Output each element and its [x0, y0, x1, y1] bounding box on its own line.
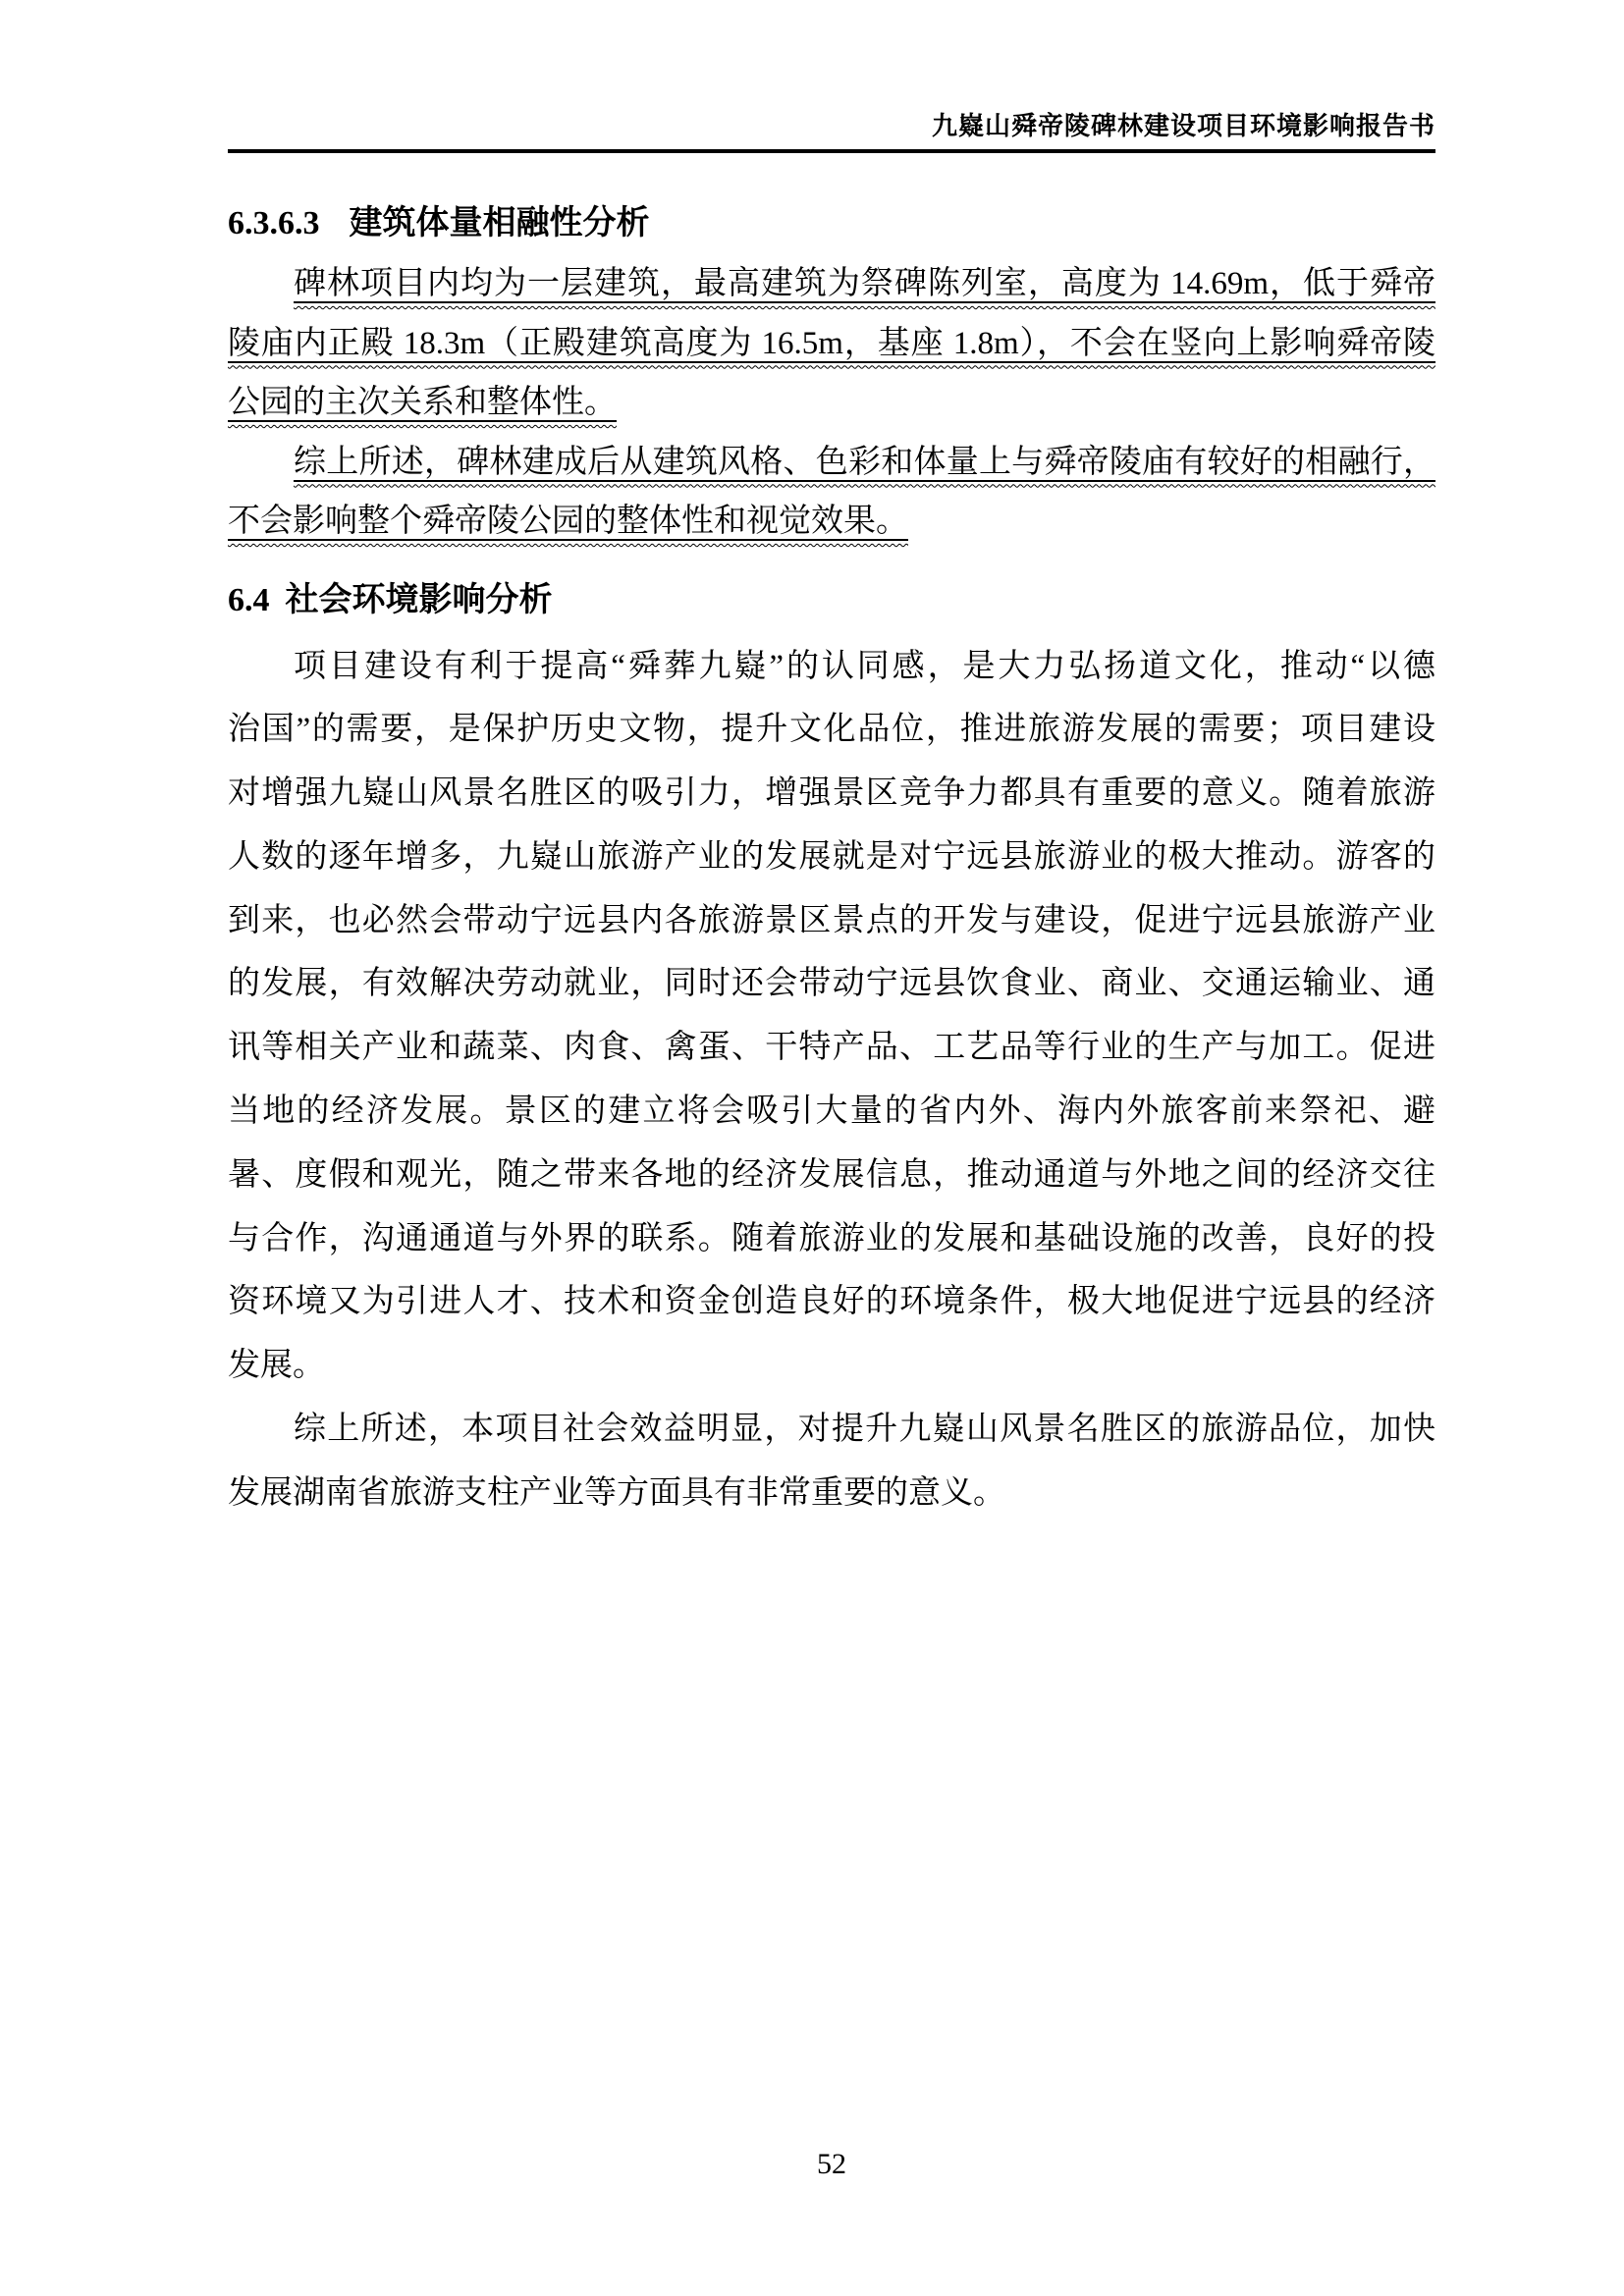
paragraph-line: 到来，也必然会带动宁远县内各旅游景区景点的开发与建设，促进宁远县旅游产业 — [228, 889, 1435, 953]
underline-wavy: 综上所述，碑林建成后从建筑风格、色彩和体量上与舜帝陵庙有较好的相融行， — [294, 445, 1435, 480]
underline-wavy: 不会影响整个舜帝陵公园的整体性和视觉效果。 — [228, 504, 908, 539]
paragraph-line: 与合作，沟通通道与外界的联系。随着旅游业的发展和基础设施的改善，良好的投 — [228, 1207, 1435, 1271]
paragraph-line: 碑林项目内均为一层建筑，最高建筑为祭碑陈列室，高度为 14.69m，低于舜帝 — [228, 254, 1435, 314]
paragraph-line: 综上所述，本项目社会效益明显，对提升九嶷山风景名胜区的旅游品位，加快 — [228, 1398, 1435, 1462]
paragraph-line: 陵庙内正殿 18.3m（正殿建筑高度为 16.5m，基座 1.8m），不会在竖向… — [228, 314, 1435, 374]
page: 九嶷山舜帝陵碑林建设项目环境影响报告书 6.3.6.3建筑体量相融性分析 碑林项… — [0, 0, 1624, 2296]
report-header-title: 九嶷山舜帝陵碑林建设项目环境影响报告书 — [228, 110, 1435, 143]
heading-number: 6.3.6.3 — [228, 205, 320, 241]
paragraph-line: 人数的逐年增多，九嶷山旅游产业的发展就是对宁远县旅游业的极大推动。游客的 — [228, 826, 1435, 889]
paragraph-line: 公园的主次关系和整体性。 — [228, 373, 1435, 433]
paragraph-line: 发展。 — [228, 1334, 1435, 1398]
paragraph-line: 不会影响整个舜帝陵公园的整体性和视觉效果。 — [228, 492, 1435, 552]
underline-wavy: 公园的主次关系和整体性。 — [228, 385, 617, 420]
underline-solid: 碑林项目内均为一层建筑，最高建筑为祭碑陈列室，高度为 14.69m，低于舜帝 — [294, 266, 1435, 301]
paragraph-line: 的发展，有效解决劳动就业，同时还会带动宁远县饮食业、商业、交通运输业、通 — [228, 952, 1435, 1016]
header-rule — [228, 149, 1435, 153]
underline-solid: 陵庙内正殿 18.3m（正殿建筑高度为 16.5m，基座 1.8m），不会在竖向… — [228, 326, 1435, 361]
underline-solid: 综上所述，碑林建成后从建筑风格、色彩和体量上与舜帝陵庙有较好的相融行， — [294, 445, 1435, 480]
paragraph: 碑林项目内均为一层建筑，最高建筑为祭碑陈列室，高度为 14.69m，低于舜帝 陵… — [228, 254, 1435, 433]
paragraph: 项目建设有利于提高“舜葬九嶷”的认同感，是大力弘扬道文化，推动“以德 治国”的需… — [228, 635, 1435, 1399]
heading-number: 6.4 — [228, 582, 270, 618]
paragraph-line: 暑、度假和观光，随之带来各地的经济发展信息，推动通道与外地之间的经济交往 — [228, 1144, 1435, 1207]
paragraph-line: 讯等相关产业和蔬菜、肉食、禽蛋、干特产品、工艺品等行业的生产与加工。促进 — [228, 1016, 1435, 1080]
paragraph-line: 项目建设有利于提高“舜葬九嶷”的认同感，是大力弘扬道文化，推动“以德 — [228, 635, 1435, 699]
paragraph-line: 当地的经济发展。景区的建立将会吸引大量的省内外、海内外旅客前来祭祀、避 — [228, 1080, 1435, 1144]
section-heading-6-4: 6.4社会环境影响分析 — [228, 569, 1435, 631]
paragraph-line: 治国”的需要，是保护历史文物，提升文化品位，推进旅游发展的需要；项目建设 — [228, 698, 1435, 762]
underline-solid: 公园的主次关系和整体性。 — [228, 385, 617, 420]
heading-title: 建筑体量相融性分析 — [350, 204, 650, 241]
paragraph: 综上所述，碑林建成后从建筑风格、色彩和体量上与舜帝陵庙有较好的相融行， 不会影响… — [228, 433, 1435, 552]
paragraph-line: 资环境又为引进人才、技术和资金创造良好的环境条件，极大地促进宁远县的经济 — [228, 1270, 1435, 1334]
paragraph-line: 综上所述，碑林建成后从建筑风格、色彩和体量上与舜帝陵庙有较好的相融行， — [228, 433, 1435, 493]
page-number: 52 — [817, 2148, 846, 2180]
underline-solid: 不会影响整个舜帝陵公园的整体性和视觉效果。 — [228, 504, 908, 539]
heading-title: 社会环境影响分析 — [286, 581, 553, 618]
paragraph: 综上所述，本项目社会效益明显，对提升九嶷山风景名胜区的旅游品位，加快 发展湖南省… — [228, 1398, 1435, 1525]
paragraph-line: 对增强九嶷山风景名胜区的吸引力，增强景区竞争力都具有重要的意义。随着旅游 — [228, 762, 1435, 826]
underline-wavy: 陵庙内正殿 18.3m（正殿建筑高度为 16.5m，基座 1.8m），不会在竖向… — [228, 326, 1435, 361]
paragraph-line: 发展湖南省旅游支柱产业等方面具有非常重要的意义。 — [228, 1462, 1435, 1525]
page-footer: 52 — [228, 2148, 1435, 2181]
underline-wavy: 碑林项目内均为一层建筑，最高建筑为祭碑陈列室，高度为 14.69m，低于舜帝 — [294, 266, 1435, 301]
page-content: 6.3.6.3建筑体量相融性分析 碑林项目内均为一层建筑，最高建筑为祭碑陈列室，… — [228, 192, 1435, 1525]
section-heading-6-3-6-3: 6.3.6.3建筑体量相融性分析 — [228, 192, 1435, 254]
